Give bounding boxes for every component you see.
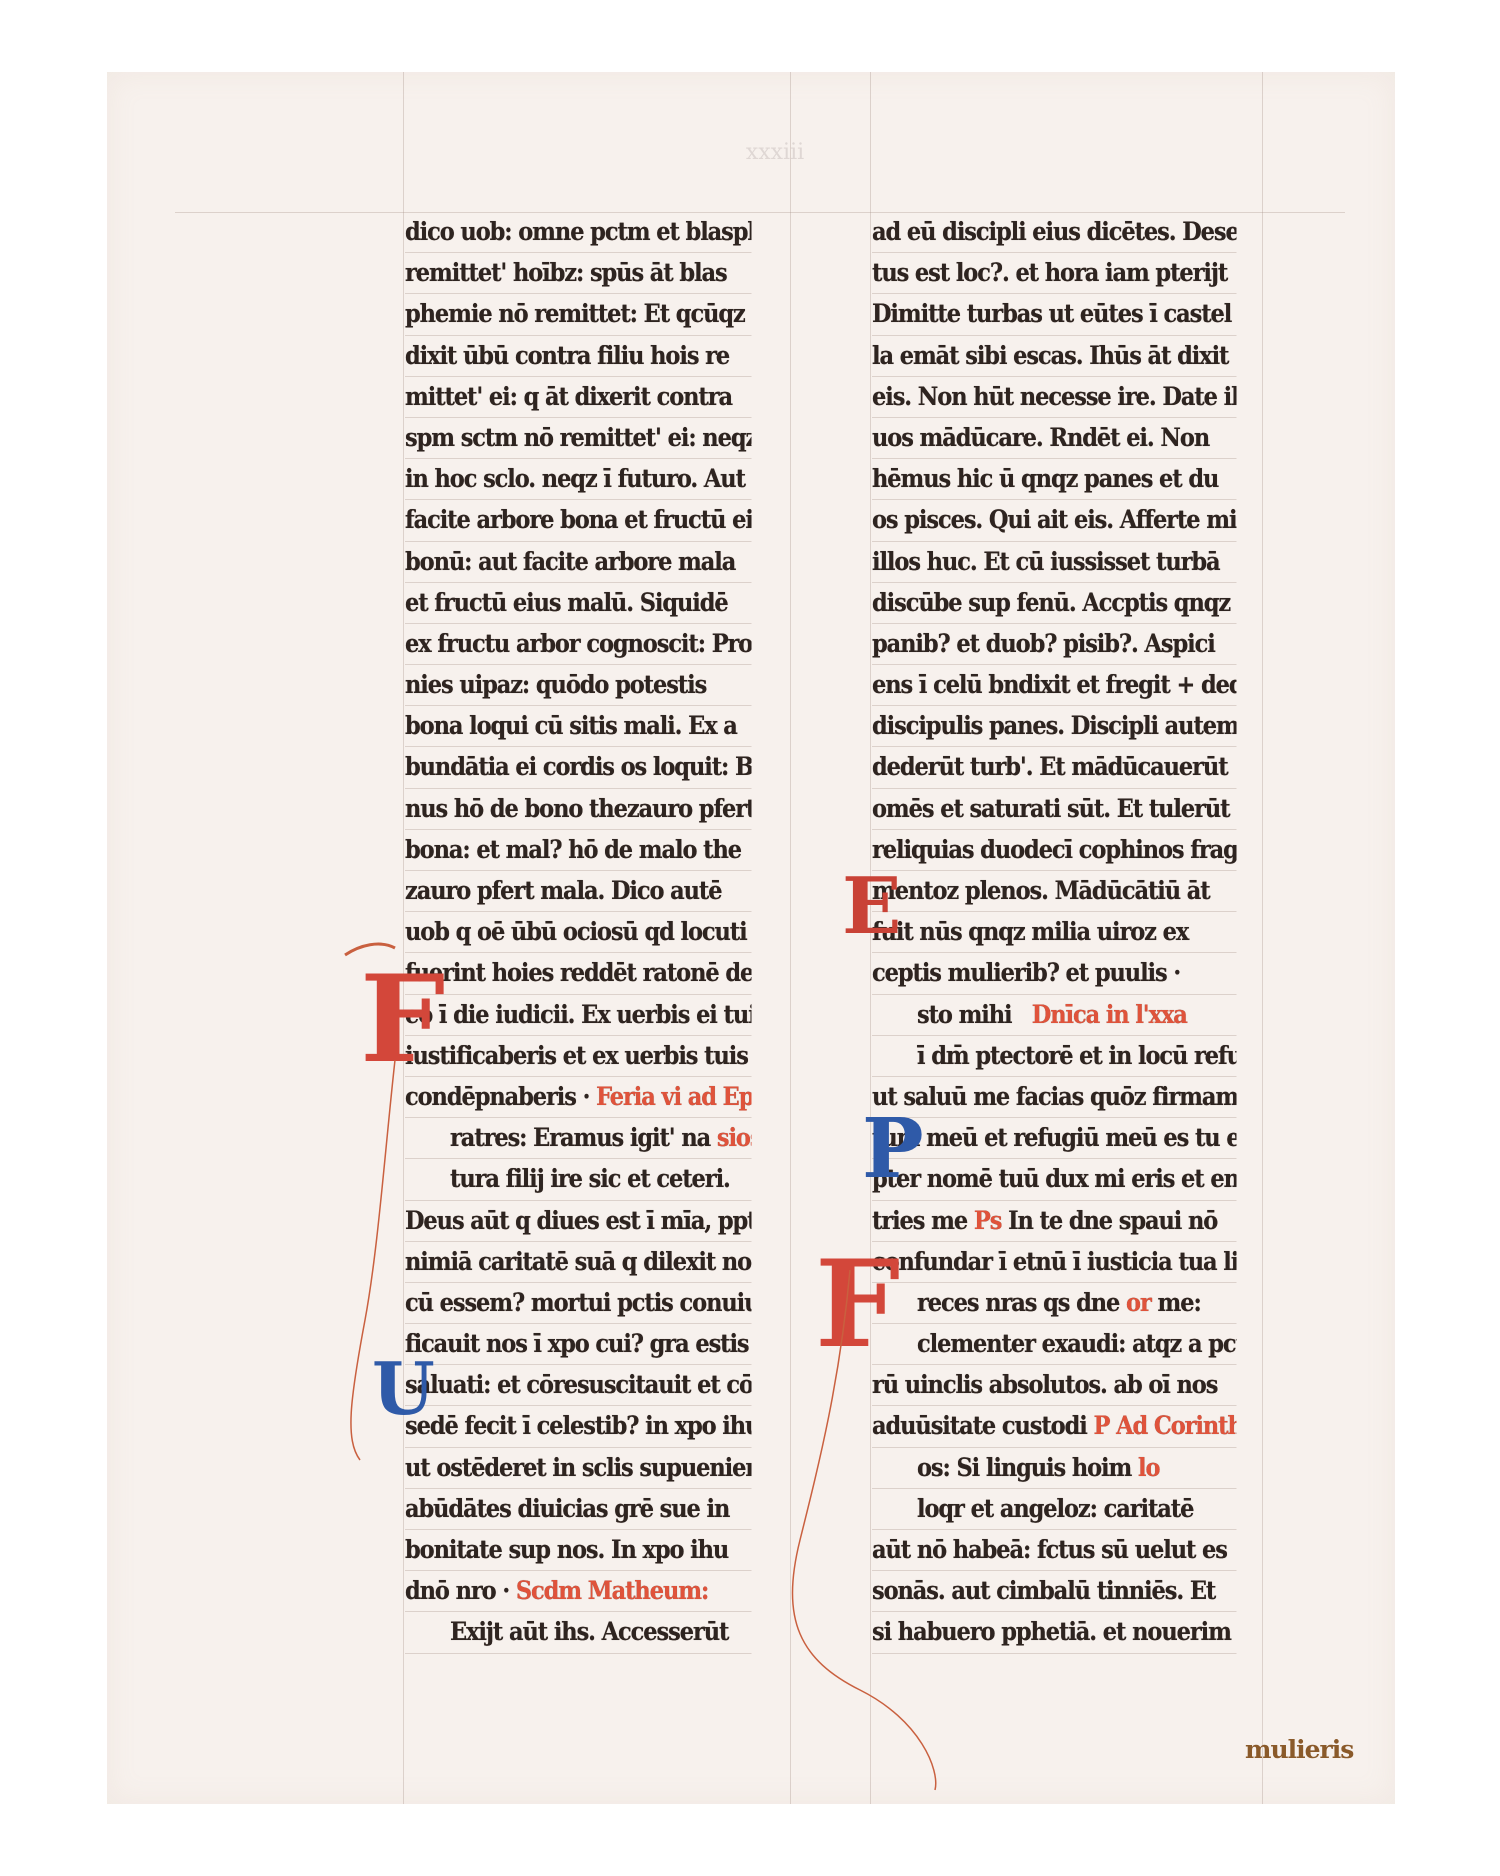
text-line: uob q oē ūbū ociosū qd locuti xyxy=(405,912,752,953)
text-line: phemie nō remittet: Et qcūqz xyxy=(405,294,752,335)
lesson-line: Deus aūt q diues est ī mīa, ppt xyxy=(405,1201,752,1242)
text-line: bundātia ei cordis os loquit: Bo xyxy=(405,747,752,788)
text-line: et fructū eius malū. Siquidē xyxy=(405,583,752,624)
text-line: nies uipaz: quōdo potestis xyxy=(405,665,752,706)
text-line: reliquias duodecī cophinos frag xyxy=(872,830,1237,871)
text-line: la emāt sibi escas. Ihūs āt dixit xyxy=(872,336,1237,377)
text-span: In te dne spaui nō xyxy=(1008,1206,1217,1235)
ruling-line xyxy=(403,72,404,1804)
text-line: discūbe sup fenū. Accptis qnqz xyxy=(872,583,1237,624)
text-line: mentoz plenos. Mādūcātiū āt xyxy=(872,871,1237,912)
lesson-line: ratres: Eramus igit' na sios: xyxy=(405,1118,752,1159)
catchword: mulieris xyxy=(1245,1735,1353,1764)
text-line: bonū: aut facite arbore mala xyxy=(405,542,752,583)
collect-line: reces nras qs dne or me: xyxy=(872,1283,1237,1324)
text-line: mittet' ei: q āt dixerit contra xyxy=(405,377,752,418)
text-line: spm sctm nō remittet' ei: neqz xyxy=(405,418,752,459)
initial-U-blue: U xyxy=(372,1353,435,1425)
text-line: loqr et angeloz: caritatē xyxy=(872,1489,1237,1530)
text-line: eo ī die iudicii. Ex uerbis ei tuis xyxy=(405,995,752,1036)
text-line: in hoc sclo. neqz ī futuro. Aut xyxy=(405,459,752,500)
left-column: dico uob: omne pctm et blasphēia remitte… xyxy=(405,212,790,1654)
rubric-epistle: Feria vi ad Ephe xyxy=(596,1082,751,1111)
ruling-line xyxy=(790,72,791,1804)
collect-line: aduūsitate custodi P Ad Corinthi xyxy=(872,1406,1237,1447)
text-line: omēs et saturati sūt. Et tulerūt xyxy=(872,789,1237,830)
text-line: ī dm̄ ptectorē et in locū refugij xyxy=(872,1036,1237,1077)
rubric-sunday: Dnīca in l'xxa xyxy=(1032,1000,1187,1029)
lesson-line: saluati: et cōresuscitauit et cō xyxy=(405,1365,752,1406)
text-line: illos huc. Et cū iussisset turbā xyxy=(872,542,1237,583)
text-line: fuerint hoies reddēt ratonē de xyxy=(405,953,752,994)
text-line: si habuero pphetiā. et nouerim xyxy=(872,1612,1237,1653)
text-line: ad eū discipli eius dicētes. Deser xyxy=(872,212,1237,253)
text-line: zauro pfert mala. Dico autē xyxy=(405,871,752,912)
lesson-line: ficauit nos ī xpo cui? gra estis xyxy=(405,1324,752,1365)
introit-rubric-line: sto mihi Dnīca in l'xxa xyxy=(872,995,1237,1036)
text-line: confundar ī etnū ī iusticia tua libā xyxy=(872,1242,1237,1283)
text-line: remittet' hoībz: spūs āt blas xyxy=(405,253,752,294)
text-line: eis. Non hūt necesse ire. Date ill' xyxy=(872,377,1237,418)
rubric-text: lo xyxy=(1138,1453,1159,1482)
rubric-text: sios: xyxy=(717,1123,752,1152)
text-span: sto mihi xyxy=(917,1000,1012,1029)
text-line: rū uinclis absolutos. ab oī nos xyxy=(872,1365,1237,1406)
gospel-rubric-line: dnō nro · Scdm Matheum: xyxy=(405,1571,752,1612)
text-line: os pisces. Qui ait eis. Afferte mi xyxy=(872,500,1237,541)
text-line: sonās. aut cimbalū tinniēs. Et xyxy=(872,1571,1237,1612)
text-line: uos mādūcare. Rndēt ei. Non xyxy=(872,418,1237,459)
text-span: dnō nro · xyxy=(405,1576,509,1605)
text-line: dico uob: omne pctm et blasphēia xyxy=(405,212,752,253)
collect-line: os: Si linguis hoim lo xyxy=(872,1448,1237,1489)
text-line: fuit nūs qnqz milia uiroz ex xyxy=(872,912,1237,953)
text-line: discipulis panes. Discipli autem xyxy=(872,706,1237,747)
lesson-line: bonitate sup nos. In xpo ihu xyxy=(405,1530,752,1571)
text-span: ratres: Eramus igit' na xyxy=(450,1123,710,1152)
lesson-line: tura filij ire sic et ceteri. xyxy=(405,1159,752,1200)
text-span: me: xyxy=(1157,1288,1200,1317)
initial-P-blue: P xyxy=(862,1108,924,1190)
rubric-corinthians: P Ad Corinthi xyxy=(1093,1411,1236,1440)
right-column: ad eū discipli eius dicētes. Deser tus e… xyxy=(872,212,1277,1654)
lesson-line: sedē fecit ī celestib? in xpo ihu: xyxy=(405,1406,752,1447)
text-span: os: Si linguis hoim xyxy=(917,1453,1131,1482)
text-line: panib? et duob? pisib?. Aspici xyxy=(872,624,1237,665)
text-line: hēmus hic ū qnqz panes et du xyxy=(872,459,1237,500)
text-line: aūt nō habeā: fctus sū uelut es xyxy=(872,1530,1237,1571)
text-span: reces nras qs dne xyxy=(917,1288,1119,1317)
text-line: dixit ūbū contra filiu hois re xyxy=(405,336,752,377)
text-line: ut saluū me facias quōz firmamē xyxy=(872,1077,1237,1118)
psalm-line: tries me Ps In te dne spaui nō xyxy=(872,1201,1237,1242)
text-line: facite arbore bona et fructū ei? xyxy=(405,500,752,541)
text-line: tus est loc?. et hora iam pterijt xyxy=(872,253,1237,294)
text-line: bona loqui cū sitis mali. Ex a xyxy=(405,706,752,747)
text-line: ceptis mulierib? et puulis · xyxy=(872,953,1237,994)
rubric-gospel: Scdm Matheum: xyxy=(516,1576,708,1605)
rubric-line: condēpnaberis · Feria vi ad Ephe xyxy=(405,1077,752,1118)
text-line: ex fructu arbor cognoscit: Proge xyxy=(405,624,752,665)
text-line: nus hō de bono thezauro pfert xyxy=(405,789,752,830)
text-line: dederūt turb'. Et mādūcauerūt xyxy=(872,747,1237,788)
initial-E-red: E xyxy=(842,868,901,946)
text-line: tum meū et refugiū meū es tu et xyxy=(872,1118,1237,1159)
text-span: tries me xyxy=(872,1206,967,1235)
initial-F-red: F xyxy=(815,1245,900,1365)
text-line: clementer exaudi: atqz a pctō xyxy=(872,1324,1237,1365)
text-line: pter nomē tuū dux mi eris et enu xyxy=(872,1159,1237,1200)
text-line: bona: et mal? hō de malo the xyxy=(405,830,752,871)
lesson-line: cū essem? mortui pctis conuiui xyxy=(405,1283,752,1324)
lesson-line: nimiā caritatē suā q dilexit nos xyxy=(405,1242,752,1283)
text-line: iustificaberis et ex uerbis tuis xyxy=(405,1036,752,1077)
rubric-psalm: Ps xyxy=(974,1206,1001,1235)
lesson-line: ut ostēderet in sclis supuenientib? xyxy=(405,1448,752,1489)
text-line: ens ī celū bndixit et fregit + dedit xyxy=(872,665,1237,706)
lesson-line: abūdātes diuicias grē sue in xyxy=(405,1489,752,1530)
text-line: Exijt aūt ihs. Accesserūt xyxy=(405,1612,752,1653)
text-span: aduūsitate custodi xyxy=(872,1411,1087,1440)
initial-F-red: F xyxy=(360,960,445,1080)
rubric-oratio: or xyxy=(1126,1288,1151,1317)
text-line: Dimitte turbas ut eūtes ī castel xyxy=(872,294,1237,335)
running-head: xxxiii xyxy=(735,140,815,165)
